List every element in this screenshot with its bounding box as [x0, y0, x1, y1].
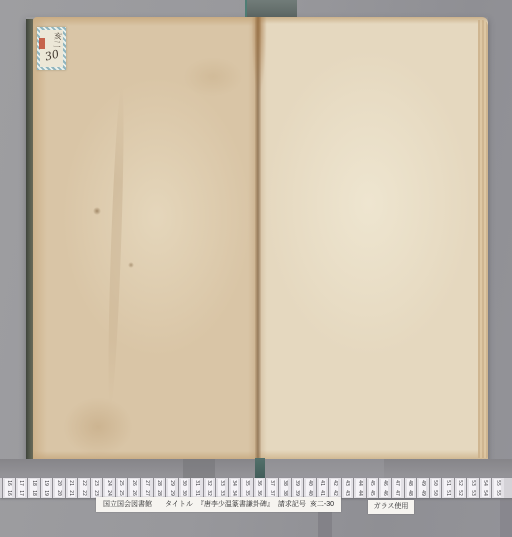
page-block-edges	[478, 20, 488, 458]
ruler-number: 27	[143, 490, 149, 496]
call-number-label: 請求記号	[278, 497, 306, 512]
ruler-cell: 3636	[253, 478, 266, 498]
ruler-number-chip: 3131	[193, 479, 200, 497]
ruler-number: 30	[181, 490, 187, 496]
ruler-number: 37	[269, 480, 275, 486]
ruler-number: 34	[231, 490, 237, 496]
ruler-cell: 2323	[90, 478, 103, 498]
footer-caption: 国立国会図書館 タイトル 『唐李少温篆書謙卦碑』 請求記号 亥二-30	[96, 497, 341, 512]
ruler-number: 21	[68, 490, 74, 496]
ruler-number-chip: 4343	[344, 479, 351, 497]
ruler-cell: 2525	[115, 478, 128, 498]
ruler-number: 54	[482, 490, 488, 496]
ruler-number: 55	[495, 480, 501, 486]
ruler-cell: 4646	[378, 478, 391, 498]
ruler-number-chip: 1919	[43, 479, 50, 497]
ruler-number: 45	[369, 490, 375, 496]
ruler-number-chip: 3535	[243, 479, 250, 497]
ruler-number: 49	[419, 480, 425, 486]
scanner-shadow	[500, 498, 512, 537]
library-name: 国立国会図書館	[103, 497, 152, 512]
ruler-number: 44	[357, 480, 363, 486]
ruler-number-chip: 3636	[256, 479, 263, 497]
title-text: 『唐李少温篆書謙卦碑』	[197, 497, 274, 512]
ruler-number: 52	[457, 490, 463, 496]
ruler-number-chip: 4747	[394, 479, 401, 497]
ruler-number-chip: 4545	[369, 479, 376, 497]
ruler-cell: 4747	[391, 478, 404, 498]
ruler-cell: 2929	[165, 478, 178, 498]
ruler-cell: 3535	[240, 478, 253, 498]
ruler-number-chip: 3232	[206, 479, 213, 497]
ruler-number-chip: 1616	[5, 479, 12, 497]
ruler-number: 42	[332, 480, 338, 486]
page-stain	[183, 57, 243, 97]
ruler-number-chip: 3030	[181, 479, 188, 497]
book-cover-edge	[26, 19, 33, 460]
ruler-number: 24	[106, 490, 112, 496]
ruler-number: 33	[219, 490, 225, 496]
ruler-number-chip: 1717	[18, 479, 25, 497]
ruler-cell: 4343	[341, 478, 354, 498]
bookplate-label: 亥二 30	[37, 27, 66, 70]
ruler-number: 45	[369, 480, 375, 486]
title-label: タイトル	[165, 497, 193, 512]
ruler-cell: 3333	[215, 478, 228, 498]
right-page	[258, 17, 488, 461]
ruler-number-chip: 2121	[68, 479, 75, 497]
left-page	[33, 17, 258, 461]
ruler-number-chip: 4141	[319, 479, 326, 497]
ruler-number: 31	[194, 490, 200, 496]
ruler-number: 47	[394, 480, 400, 486]
ruler-number: 36	[256, 490, 262, 496]
ruler-number: 52	[457, 480, 463, 486]
ruler-number: 33	[219, 480, 225, 486]
page-stain	[105, 87, 126, 407]
ruler-number: 16	[5, 480, 11, 486]
ruler-cell: 4242	[328, 478, 341, 498]
ruler-cell: 2828	[153, 478, 166, 498]
ruler-number-chip: 4444	[356, 479, 363, 497]
ruler-number: 39	[294, 480, 300, 486]
ruler-number: 28	[156, 480, 162, 486]
ruler-number-chip: 5151	[444, 479, 451, 497]
ruler-cell: 3131	[190, 478, 203, 498]
ruler-number: 48	[407, 480, 413, 486]
ruler-number: 47	[394, 490, 400, 496]
ruler: 1616171718181919202021212222232324242525…	[0, 478, 512, 498]
bookplate-inner: 亥二 30	[40, 30, 63, 67]
ruler-number-chip: 4949	[419, 479, 426, 497]
ruler-cell: 5050	[429, 478, 442, 498]
ruler-number: 53	[470, 480, 476, 486]
ruler-number: 46	[382, 480, 388, 486]
call-number-handwriting: 亥二	[52, 32, 62, 49]
ruler-cell: 3939	[291, 478, 304, 498]
under-book-shadow-light	[264, 459, 384, 479]
ruler-cell: 5151	[441, 478, 454, 498]
ruler-number: 26	[131, 480, 137, 486]
ruler-number-chip: 4848	[407, 479, 414, 497]
ruler-cell: 5353	[466, 478, 479, 498]
red-stamp	[39, 38, 45, 49]
book: 亥二 30	[26, 17, 488, 461]
ruler-cell: 4444	[353, 478, 366, 498]
ruler-number-chip: 5353	[469, 479, 476, 497]
ruler-number-chip: 4040	[306, 479, 313, 497]
ruler-number: 50	[432, 480, 438, 486]
ruler-number: 17	[18, 480, 24, 486]
ruler-number: 51	[444, 480, 450, 486]
ruler-number: 35	[244, 490, 250, 496]
ruler-cell: 1616	[2, 478, 15, 498]
ruler-number: 27	[143, 480, 149, 486]
ruler-number-chip: 2323	[93, 479, 100, 497]
ruler-cell: 4949	[416, 478, 429, 498]
ruler-number: 29	[168, 490, 174, 496]
ruler-number-chip: 2929	[168, 479, 175, 497]
ruler-number-chip: 3333	[218, 479, 225, 497]
ruler-number: 35	[244, 480, 250, 486]
ruler-number: 49	[419, 490, 425, 496]
ruler-cell: 2020	[52, 478, 65, 498]
ruler-number: 25	[118, 490, 124, 496]
ruler-number: 23	[93, 490, 99, 496]
ruler-cell: 5252	[454, 478, 467, 498]
ruler-number: 22	[81, 490, 87, 496]
ruler-number: 43	[344, 480, 350, 486]
ruler-number-chip: 2222	[80, 479, 87, 497]
ruler-number: 22	[81, 480, 87, 486]
ruler-number: 32	[206, 480, 212, 486]
page-stain	[128, 262, 134, 268]
ruler-number-chip: 4242	[331, 479, 338, 497]
ruler-number: 24	[106, 480, 112, 486]
gutter-stain	[248, 17, 270, 137]
ruler-number-chip: 5454	[482, 479, 489, 497]
under-book-shadow-dark	[183, 459, 215, 479]
ruler-cell: 2424	[102, 478, 115, 498]
ruler-cell: 2727	[140, 478, 153, 498]
ruler-number: 43	[344, 490, 350, 496]
ruler-number: 38	[281, 490, 287, 496]
ruler-number: 29	[168, 480, 174, 486]
glass-usage-label: ガラス使用	[368, 500, 414, 514]
ruler-cell: 1919	[40, 478, 53, 498]
ruler-number-chip: 2727	[143, 479, 150, 497]
ruler-number: 50	[432, 490, 438, 496]
ruler-number-chip: 5252	[457, 479, 464, 497]
ruler-number: 55	[495, 490, 501, 496]
ruler-number: 37	[269, 490, 275, 496]
ruler-cell: 1717	[15, 478, 28, 498]
ruler-number: 26	[131, 490, 137, 496]
ruler-number: 54	[482, 480, 488, 486]
ruler-number: 51	[444, 490, 450, 496]
ruler-number-chip: 3434	[231, 479, 238, 497]
ruler-number: 23	[93, 480, 99, 486]
ruler-number: 36	[256, 480, 262, 486]
ruler-number-chip: 1818	[30, 479, 37, 497]
ruler-number: 42	[332, 490, 338, 496]
ruler-number: 31	[194, 480, 200, 486]
scan-background: { "bookplate": { "line1": "亥二", "line2":…	[0, 0, 512, 537]
ruler-number: 53	[470, 490, 476, 496]
ruler-number: 39	[294, 490, 300, 496]
ruler-number: 17	[18, 490, 24, 496]
ruler-cell: 3232	[203, 478, 216, 498]
ruler-number-chip: 4646	[381, 479, 388, 497]
ruler-number: 19	[43, 490, 49, 496]
ruler-number-chip: 2828	[156, 479, 163, 497]
ruler-cell: 2626	[127, 478, 140, 498]
ruler-cell: 2121	[65, 478, 78, 498]
ruler-number: 21	[68, 480, 74, 486]
ruler-number: 19	[43, 480, 49, 486]
ruler-number: 40	[306, 480, 312, 486]
ruler-cell: 4141	[316, 478, 329, 498]
ruler-cell: 4848	[404, 478, 417, 498]
ruler-number: 20	[56, 490, 62, 496]
ruler-number: 38	[281, 480, 287, 486]
ruler-number: 34	[231, 480, 237, 486]
ruler-cell: 3838	[278, 478, 291, 498]
ruler-number-chip: 2626	[130, 479, 137, 497]
ruler-number: 32	[206, 490, 212, 496]
ruler-number-chip: 2424	[105, 479, 112, 497]
ruler-number: 41	[319, 480, 325, 486]
ruler-cell: 4040	[303, 478, 316, 498]
ruler-number: 18	[30, 490, 36, 496]
ruler-cell: 5555	[491, 478, 504, 498]
page-stain	[63, 397, 133, 457]
ruler-number-chip: 5555	[494, 479, 501, 497]
ruler-cell: 3737	[265, 478, 278, 498]
ruler-number-chip: 3737	[268, 479, 275, 497]
ruler-number: 46	[382, 490, 388, 496]
ruler-cell: 4545	[366, 478, 379, 498]
call-number-value: 亥二-30	[310, 497, 334, 512]
call-number-handwriting: 30	[44, 47, 61, 63]
ruler-cell: 2222	[77, 478, 90, 498]
ruler-number: 48	[407, 490, 413, 496]
ruler-cell: 5454	[479, 478, 492, 498]
ruler-number-chip: 2020	[55, 479, 62, 497]
ruler-number: 25	[118, 480, 124, 486]
ruler-cell: 1818	[27, 478, 40, 498]
ruler-number-chip: 3939	[294, 479, 301, 497]
ruler-cell: 3434	[228, 478, 241, 498]
ruler-number: 41	[319, 490, 325, 496]
ruler-number: 44	[357, 490, 363, 496]
ruler-number: 18	[30, 480, 36, 486]
ruler-number-chip: 3838	[281, 479, 288, 497]
ruler-number: 30	[181, 480, 187, 486]
ruler-number: 16	[5, 490, 11, 496]
ruler-number: 20	[56, 480, 62, 486]
ruler-number: 40	[306, 490, 312, 496]
ruler-number-chip: 2525	[118, 479, 125, 497]
ruler-number: 28	[156, 490, 162, 496]
ruler-cell: 3030	[178, 478, 191, 498]
ruler-number-chip: 5050	[432, 479, 439, 497]
page-stain	[93, 207, 101, 215]
